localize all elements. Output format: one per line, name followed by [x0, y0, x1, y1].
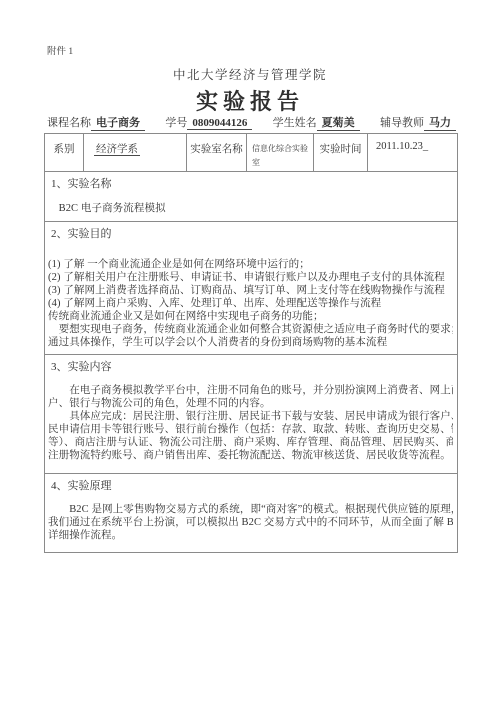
- section-experiment-content: 3、实验内容 在电子商务模拟教学平台中，注册不同角色的账号，并分别扮演网上消费者…: [45, 355, 457, 474]
- lab-value-cell: 信息化综合实验室: [247, 134, 314, 171]
- table-header-row: 系别 经济学系 实验室名称 信息化综合实验室 实验时间 2011.10.23_: [45, 134, 457, 172]
- text-line: 详细操作流程。: [48, 529, 453, 542]
- student-name-field: 学生姓名 夏菊美: [273, 114, 360, 131]
- student-info-row: 课程名称 电子商务 学号 0809044126 学生姓名 夏菊美 辅导教师 马力: [47, 114, 456, 131]
- student-id-field: 学号 0809044126: [165, 114, 252, 131]
- dept-value: 经济学系: [94, 144, 140, 156]
- section-heading: 2、实验目的: [48, 227, 453, 241]
- text-line: (2) 了解相关用户在注册账号、申请证书、申请银行账户以及办理电子支付的具体流程: [48, 271, 453, 284]
- section-body: B2C 电子商务流程模拟: [48, 202, 453, 215]
- report-page: 附件 1 中北大学经济与管理学院 实验报告 课程名称 电子商务 学号 08090…: [0, 0, 500, 707]
- dept-value-cell: 经济学系: [84, 134, 187, 171]
- text-line: 通过具体操作，学生可以学会以个人消费者的身份到商场购物的基本流程: [48, 336, 453, 349]
- dept-label-cell: 系别: [45, 134, 84, 171]
- time-value-cell: 2011.10.23_: [368, 134, 457, 171]
- text-line: 要想实现电子商务，传统商业流通企业如何整合其资源使之适应电子商务时代的要求；: [48, 323, 453, 336]
- section-body: B2C 是网上零售购物交易方式的系统，即“商对客”的模式。根据现代供应链的原理，…: [48, 503, 453, 542]
- report-table: 系别 经济学系 实验室名称 信息化综合实验室 实验时间 2011.10.23_ …: [44, 133, 458, 553]
- section-heading: 4、实验原理: [48, 479, 453, 493]
- text-line: 我们通过在系统平台上扮演，可以模拟出 B2C 交易方式中的不同环节，从而全面了解…: [48, 516, 453, 529]
- section-experiment-principle: 4、实验原理 B2C 是网上零售购物交易方式的系统，即“商对客”的模式。根据现代…: [45, 474, 457, 554]
- student-id-label: 学号: [165, 114, 187, 130]
- course-label: 课程名称: [47, 114, 91, 130]
- lab-label-cell: 实验室名称: [187, 134, 247, 171]
- text-line: (1) 了解 一个商业流通企业是如何在网络环境中运行的；: [48, 258, 453, 271]
- attachment-label: 附件 1: [47, 43, 73, 57]
- section-experiment-purpose: 2、实验目的 (1) 了解 一个商业流通企业是如何在网络环境中运行的；(2) 了…: [45, 222, 457, 355]
- section-experiment-name: 1、实验名称 B2C 电子商务流程模拟: [45, 172, 457, 222]
- text-line: 民申请信用卡等银行账号、银行前台操作（包括：存款、取款、转账、查询历史交易、销户: [48, 423, 453, 436]
- teacher-label: 辅导教师: [380, 114, 424, 130]
- course-field: 课程名称 电子商务: [47, 114, 145, 131]
- section-heading: 1、实验名称: [48, 177, 453, 191]
- school-name: 中北大学经济与管理学院: [0, 65, 500, 83]
- student-id-value: 0809044126: [187, 117, 252, 130]
- text-line: 注册物流特约账号、商户销售出库、委托物流配送、物流审核送货、居民收货等流程。: [48, 449, 453, 462]
- teacher-field: 辅导教师 马力: [380, 114, 456, 131]
- text-line: 具体应完成：居民注册、银行注册、居民证书下载与安装、居民申请成为银行客户、居: [48, 410, 453, 423]
- section-body: (1) 了解 一个商业流通企业是如何在网络环境中运行的；(2) 了解相关用户在注…: [48, 258, 453, 349]
- text-line: 等）、商店注册与认证、物流公司注册、商户采购、库存管理、商品管理、居民购买、商户: [48, 436, 453, 449]
- text-line: (4) 了解网上商户采购、入库、处理订单、出库、处理配送等操作与流程: [48, 297, 453, 310]
- text-line: B2C 是网上零售购物交易方式的系统，即“商对客”的模式。根据现代供应链的原理，: [48, 503, 453, 516]
- section-body: 在电子商务模拟教学平台中，注册不同角色的账号，并分别扮演网上消费者、网上商户、银…: [48, 384, 453, 462]
- report-title: 实验报告: [0, 85, 500, 116]
- text-line: 户、银行与物流公司的角色，处理不同的内容。: [48, 397, 453, 410]
- text-line: 在电子商务模拟教学平台中，注册不同角色的账号，并分别扮演网上消费者、网上商: [48, 384, 453, 397]
- text-line: B2C 电子商务流程模拟: [48, 202, 453, 215]
- course-value: 电子商务: [91, 114, 145, 131]
- time-label-cell: 实验时间: [314, 134, 368, 171]
- teacher-value: 马力: [424, 114, 456, 131]
- text-line: (3) 了解网上消费者选择商品、订购商品、填写订单、网上支付等在线购物操作与流程: [48, 284, 453, 297]
- text-line: 传统商业流通企业又是如何在网络中实现电子商务的功能；: [48, 310, 453, 323]
- section-heading: 3、实验内容: [48, 360, 453, 374]
- student-name-value: 夏菊美: [317, 114, 360, 131]
- student-name-label: 学生姓名: [273, 114, 317, 130]
